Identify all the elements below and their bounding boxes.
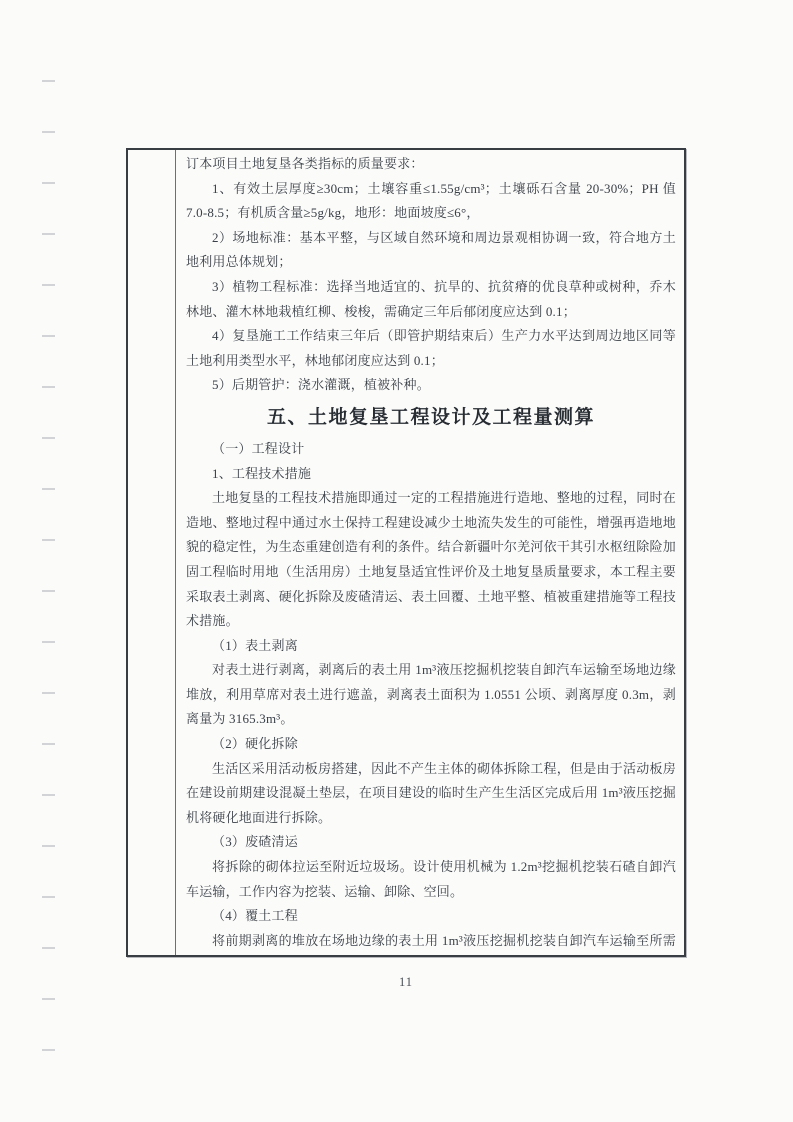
paragraph: 订本项目土地复垦各类指标的质量要求： bbox=[186, 152, 676, 177]
paragraph: （3）废碴清运 bbox=[186, 830, 676, 855]
paragraph: （1）表土剥离 bbox=[186, 634, 676, 659]
paragraph: （2）硬化拆除 bbox=[186, 732, 676, 757]
document-table: 订本项目土地复垦各类指标的质量要求：1、有效土层厚度≥30cm；土壤容重≤1.5… bbox=[126, 148, 686, 957]
section-heading: 五、土地复垦工程设计及工程量测算 bbox=[186, 405, 676, 431]
paragraph: 5）后期管护：浇水灌溉，植被补种。 bbox=[186, 373, 676, 398]
paragraph: 2）场地标准：基本平整，与区域自然环境和周边景观相协调一致，符合地方土地利用总体… bbox=[186, 226, 676, 275]
paragraph: 将前期剥离的堆放在场地边缘的表土用 1m³液压挖掘机挖装自卸汽车运输至所需场地，… bbox=[186, 929, 676, 955]
paragraph: 土地复垦的工程技术措施即通过一定的工程措施进行造地、整地的过程，同时在造地、整地… bbox=[186, 486, 676, 634]
paragraph: 将拆除的砌体拉运至附近垃圾场。设计使用机械为 1.2m³挖掘机挖装石碴自卸汽车运… bbox=[186, 855, 676, 904]
paragraph: （4）覆土工程 bbox=[186, 904, 676, 929]
paragraph: 生活区采用活动板房搭建，因此不产生主体的砌体拆除工程，但是由于活动板房在建设前期… bbox=[186, 757, 676, 831]
table-empty-left-column bbox=[128, 150, 176, 955]
paragraph: 3）植物工程标准：选择当地适宜的、抗旱的、抗贫瘠的优良草种或树种，乔木林地、灌木… bbox=[186, 275, 676, 324]
page-number: 11 bbox=[126, 975, 686, 990]
paragraph: （一）工程设计 bbox=[186, 437, 676, 462]
scan-artifact-marks bbox=[42, 80, 55, 1058]
table-content-cell: 订本项目土地复垦各类指标的质量要求：1、有效土层厚度≥30cm；土壤容重≤1.5… bbox=[176, 150, 684, 955]
paragraph: 4）复垦施工工作结束三年后（即管护期结束后）生产力水平达到周边地区同等土地利用类… bbox=[186, 324, 676, 373]
paragraph: 对表土进行剥离，剥离后的表土用 1m³液压挖掘机挖装自卸汽车运输至场地边缘堆放，… bbox=[186, 658, 676, 732]
paragraph: 1、有效土层厚度≥30cm；土壤容重≤1.55g/cm³；土壤砾石含量 20-3… bbox=[186, 177, 676, 226]
paragraph: 1、工程技术措施 bbox=[186, 462, 676, 487]
